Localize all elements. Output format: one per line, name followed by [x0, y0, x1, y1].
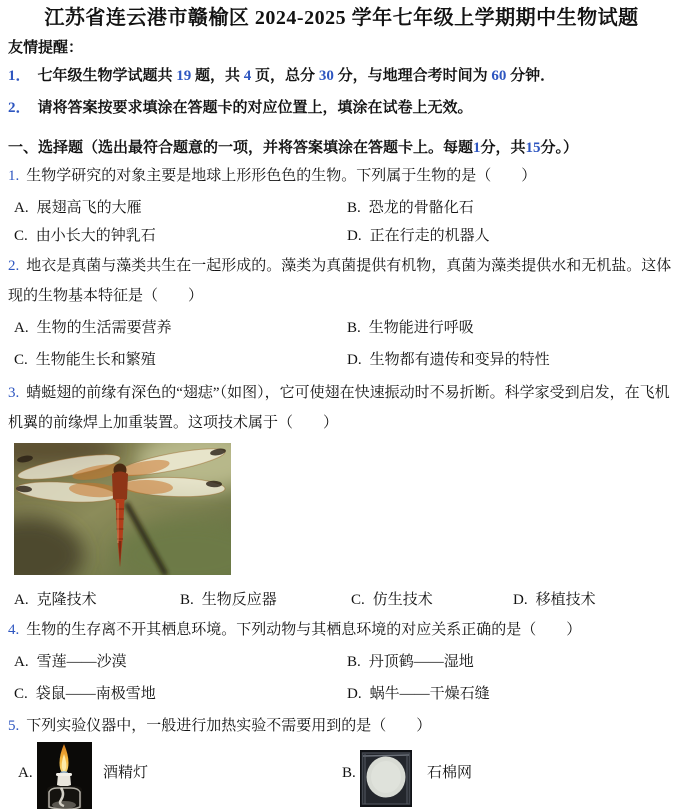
- text-segment: 分钟．: [506, 68, 555, 84]
- notice-heading: 友情提醒：: [8, 33, 678, 63]
- option-letter: D.: [347, 352, 362, 368]
- question-1-option-c: C.由小长大的钟乳石: [14, 221, 156, 251]
- highlighted-number: 60: [491, 68, 506, 84]
- option-letter: B.: [347, 320, 361, 336]
- question-4-text: 生物的生存离不开其栖息环境。下列动物与其栖息环境的对应关系正确的是（ ）: [26, 622, 581, 638]
- option-text: 袋鼠——南极雪地: [36, 686, 156, 702]
- question-3-option-d: D.移植技术: [513, 585, 596, 615]
- option-text: 生物都有遗传和变异的特性: [370, 352, 550, 368]
- highlighted-number: 1: [473, 140, 481, 156]
- option-letter: B.: [347, 200, 361, 216]
- option-text: 蜗牛——干燥石缝: [370, 686, 490, 702]
- option-text: 正在行走的机器人: [370, 228, 490, 244]
- question-3-option-a: A.克隆技术: [14, 585, 97, 615]
- notice-item-2-text: 请将答案按要求填涂在答题卡的对应位置上，填涂在试卷上无效。: [38, 100, 473, 116]
- option-text: 丹顶鹤——湿地: [369, 654, 474, 670]
- question-1-options-row-1: A.展翅高飞的大雁 B.恐龙的骨骼化石: [0, 193, 683, 223]
- question-3-text: 蜻蜓翅的前缘有深色的“翅痣”（如图），它可使翅在快速振动时不易折断。科学家受到启…: [8, 385, 670, 431]
- question-5-option-a-letter: A.: [18, 763, 33, 783]
- question-1-option-d: D.正在行走的机器人: [347, 221, 490, 251]
- question-1-number: 1.: [8, 168, 19, 184]
- question-1-option-a: A.展翅高飞的大雁: [14, 193, 142, 223]
- option-text: 恐龙的骨骼化石: [369, 200, 474, 216]
- option-letter: D.: [347, 686, 362, 702]
- section-heading: 一、选择题（选出最符合题意的一项，并将答案填涂在答题卡上。每题1分，共15分。）: [8, 133, 678, 163]
- option-letter: A.: [14, 320, 29, 336]
- text-segment: 页，总分: [251, 68, 319, 84]
- page-title: 江苏省连云港市赣榆区 2024-2025 学年七年级上学期期中生物试题: [0, 3, 683, 33]
- option-text: 生物能进行呼吸: [369, 320, 474, 336]
- question-4: 4.生物的生存离不开其栖息环境。下列动物与其栖息环境的对应关系正确的是（ ）: [8, 615, 678, 645]
- highlighted-number: 19: [176, 68, 191, 84]
- option-letter: C.: [14, 686, 28, 702]
- option-text: 生物反应器: [202, 592, 277, 608]
- question-4-option-c: C.袋鼠——南极雪地: [14, 679, 156, 709]
- question-5-number: 5.: [8, 718, 19, 734]
- option-text: 雪莲——沙漠: [37, 654, 127, 670]
- question-4-number: 4.: [8, 622, 19, 638]
- option-letter: C.: [14, 228, 28, 244]
- option-letter: D.: [347, 228, 362, 244]
- text-segment: 分，共: [481, 140, 526, 156]
- alcohol-lamp-photo: [37, 742, 92, 809]
- highlighted-number: 15: [526, 140, 541, 156]
- question-5-option-b-text: 石棉网: [427, 763, 472, 783]
- text-segment: 题，共: [191, 68, 244, 84]
- question-4-option-d: D.蜗牛——干燥石缝: [347, 679, 490, 709]
- option-letter: D.: [513, 592, 528, 608]
- question-3-options-row: A.克隆技术 B.生物反应器 C.仿生技术 D.移植技术: [0, 585, 683, 615]
- question-4-options-row-2: C.袋鼠——南极雪地 D.蜗牛——干燥石缝: [0, 679, 683, 709]
- option-text: 展翅高飞的大雁: [37, 200, 142, 216]
- notice-item-2-number: 2．: [8, 100, 31, 116]
- wire-gauze-photo-svg: [360, 750, 412, 807]
- question-2-option-b: B.生物能进行呼吸: [347, 313, 474, 343]
- question-1-text: 生物学研究的对象主要是地球上形形色色的生物。下列属于生物的是（ ）: [26, 168, 536, 184]
- option-text: 生物能生长和繁殖: [36, 352, 156, 368]
- question-5-option-b-letter: B.: [342, 763, 356, 783]
- question-3-option-c: C.仿生技术: [351, 585, 433, 615]
- question-2-option-c: C.生物能生长和繁殖: [14, 345, 156, 375]
- question-3-number: 3.: [8, 385, 19, 401]
- option-text: 生物的生活需要营养: [37, 320, 172, 336]
- notice-item-1: 1．七年级生物学试题共 19 题，共 4 页，总分 30 分，与地理合考时间为 …: [8, 61, 678, 91]
- question-2-options-row-2: C.生物能生长和繁殖 D.生物都有遗传和变异的特性: [0, 345, 683, 375]
- question-1-option-b: B.恐龙的骨骼化石: [347, 193, 474, 223]
- text-segment: 分，与地理合考时间为: [334, 68, 492, 84]
- option-letter: A.: [14, 654, 29, 670]
- wire-gauze-photo: [360, 750, 412, 807]
- option-text: 由小长大的钟乳石: [36, 228, 156, 244]
- text-segment: 七年级生物学试题共: [38, 68, 177, 84]
- question-2-text: 地衣是真菌与藻类共生在一起形成的。藻类为真菌提供有机物，真菌为藻类提供水和无机盐…: [8, 258, 671, 304]
- option-letter: A.: [14, 592, 29, 608]
- notice-item-1-text: 七年级生物学试题共 19 题，共 4 页，总分 30 分，与地理合考时间为 60…: [38, 68, 556, 84]
- question-2-options-row-1: A.生物的生活需要营养 B.生物能进行呼吸: [0, 313, 683, 343]
- question-3-option-b: B.生物反应器: [180, 585, 277, 615]
- notice-item-2: 2．请将答案按要求填涂在答题卡的对应位置上，填涂在试卷上无效。: [8, 93, 678, 123]
- option-text: 克隆技术: [37, 592, 97, 608]
- question-1: 1.生物学研究的对象主要是地球上形形色色的生物。下列属于生物的是（ ）: [8, 161, 678, 191]
- question-5: 5.下列实验仪器中，一般进行加热实验不需要用到的是（ ）: [8, 711, 678, 741]
- option-letter: B.: [347, 654, 361, 670]
- question-4-options-row-1: A.雪莲——沙漠 B.丹顶鹤——湿地: [0, 647, 683, 677]
- option-letter: B.: [180, 592, 194, 608]
- question-5-options-row: A. 酒精灯 B.: [0, 741, 683, 809]
- question-2-option-a: A.生物的生活需要营养: [14, 313, 172, 343]
- question-4-option-a: A.雪莲——沙漠: [14, 647, 127, 677]
- question-2-number: 2.: [8, 258, 19, 274]
- option-letter: C.: [14, 352, 28, 368]
- text-segment: 一、选择题（选出最符合题意的一项，并将答案填涂在答题卡上。每题: [8, 140, 473, 156]
- question-2-option-d: D.生物都有遗传和变异的特性: [347, 345, 550, 375]
- option-letter: C.: [351, 592, 365, 608]
- text-segment: 请将答案按要求填涂在答题卡的对应位置上，填涂在试卷上无效。: [38, 100, 473, 116]
- question-2: 2.地衣是真菌与藻类共生在一起形成的。藻类为真菌提供有机物，真菌为藻类提供水和无…: [8, 251, 678, 311]
- dragonfly-photo-svg: [14, 443, 231, 575]
- dragonfly-photo: [14, 443, 231, 575]
- highlighted-number: 30: [319, 68, 334, 84]
- option-text: 移植技术: [536, 592, 596, 608]
- option-text: 仿生技术: [373, 592, 433, 608]
- question-5-option-a-text: 酒精灯: [103, 763, 148, 783]
- question-1-options-row-2: C.由小长大的钟乳石 D.正在行走的机器人: [0, 221, 683, 251]
- question-3: 3.蜻蜓翅的前缘有深色的“翅痣”（如图），它可使翅在快速振动时不易折断。科学家受…: [8, 378, 678, 438]
- option-letter: A.: [14, 200, 29, 216]
- alcohol-lamp-photo-svg: [37, 742, 92, 809]
- text-segment: 分。）: [541, 140, 579, 156]
- exam-page: { "page": { "title": "江苏省连云港市赣榆区 2024-20…: [0, 0, 683, 809]
- question-4-option-b: B.丹顶鹤——湿地: [347, 647, 474, 677]
- question-5-text: 下列实验仪器中，一般进行加热实验不需要用到的是（ ）: [26, 718, 431, 734]
- notice-item-1-number: 1．: [8, 68, 31, 84]
